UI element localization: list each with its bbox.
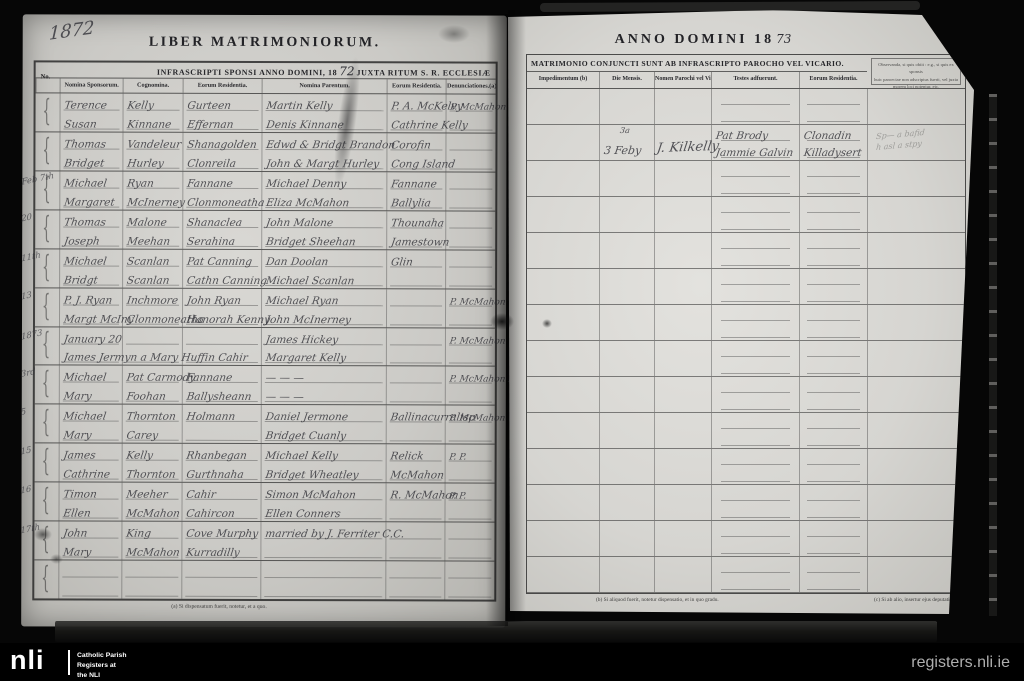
- entry-line: Michael: [60, 366, 123, 385]
- entry-line: [712, 269, 799, 287]
- writing-rule: [721, 176, 791, 177]
- entry-line: Cong Island: [387, 152, 446, 171]
- tagline-line: Catholic Parish: [77, 651, 126, 661]
- entry-line: R. McMahon: [386, 484, 445, 503]
- entry-line: Thornton: [123, 463, 182, 482]
- entry-line: James Jermyn a Mary Huffin Cahir: [60, 346, 123, 365]
- column-header-parochus: Nomen Parochi vel Vicarii.(c): [654, 72, 711, 88]
- marriage-entry-row: [527, 269, 965, 305]
- entry-text: Michael: [63, 372, 107, 384]
- residentia-cell: [799, 449, 867, 484]
- die-mensis-cell: 3a 3 Feby: [599, 125, 654, 160]
- writing-rule: [126, 343, 178, 344]
- writing-rule: [721, 428, 791, 429]
- parent-residentia-cell: R. McMahon: [385, 484, 445, 522]
- entry-line: [712, 215, 799, 233]
- parentum-cell: Michael Kelly Bridget Wheatley: [261, 444, 386, 482]
- no-cell: {: [35, 444, 59, 482]
- scanned-register-viewer: 1872 LIBER MATRIMONIORUM. INFRASCRIPTI S…: [0, 0, 1024, 681]
- testes-cell: [711, 269, 799, 304]
- writing-rule: [807, 356, 861, 357]
- entry-text: Gurthnaha: [185, 469, 244, 481]
- writing-rule: [807, 265, 861, 266]
- parochus-cell: [654, 449, 711, 484]
- impedimentum-cell: [527, 125, 599, 160]
- entry-brace-glyph: {: [42, 406, 50, 441]
- notes-cell: [867, 485, 965, 520]
- residentia-cell: [799, 557, 867, 592]
- entry-text: Ballylia: [390, 197, 431, 209]
- entry-line: Bridget Sheehan: [262, 230, 386, 249]
- tagline-line: Registers at: [77, 661, 126, 671]
- right-column-headers: Impedimentum (b) Die Mensis. Nomen Paroc…: [527, 72, 867, 88]
- register-left-page: 1872 LIBER MATRIMONIORUM. INFRASCRIPTI S…: [21, 14, 507, 627]
- entry-text: Foohan: [126, 391, 167, 403]
- entry-text: Scanlan: [126, 274, 170, 286]
- die-mensis-cell: [599, 161, 654, 196]
- entry-line: [712, 503, 799, 521]
- writing-rule: [721, 445, 791, 446]
- entry-line: P. J. Ryan: [60, 288, 123, 307]
- writing-rule: [807, 301, 861, 302]
- entry-line: [712, 179, 799, 197]
- writing-rule: [721, 320, 791, 321]
- entry-text: Kelly: [126, 450, 154, 462]
- writing-rule: [807, 320, 861, 321]
- title-handwritten-year: 73: [776, 32, 791, 46]
- writing-rule: [721, 373, 791, 374]
- entry-text: Ellen Conners: [265, 508, 342, 520]
- entry-text: Denis Kinnane: [266, 119, 345, 131]
- marriage-entry-row: [527, 449, 965, 485]
- entry-line: Kinnane: [124, 113, 183, 132]
- entry-line: Mary: [59, 541, 122, 560]
- entry-text: P. P.: [449, 453, 467, 463]
- entry-line: Bridgt: [60, 268, 123, 287]
- entry-line: [387, 289, 446, 308]
- sponsorum-cell: Michael Margaret: [59, 171, 123, 209]
- testes-cell: [711, 89, 799, 124]
- impedimentum-cell: [527, 305, 599, 340]
- entry-line: [800, 215, 867, 233]
- entry-line: [800, 449, 867, 467]
- impedimentum-cell: [527, 521, 599, 556]
- entry-line: Eliza McMahon: [262, 191, 386, 210]
- entry-line: [800, 467, 867, 485]
- entry-line: [800, 179, 867, 197]
- writing-rule: [389, 596, 441, 597]
- entry-line: [712, 305, 799, 323]
- testes-cell: [711, 449, 799, 484]
- entry-text: Michael Denny: [265, 178, 347, 190]
- entry-line: John & Margt Hurley: [262, 152, 386, 171]
- entry-line: [800, 251, 867, 269]
- residentia-cell: Gurteen Effernan: [182, 94, 261, 132]
- band-handwritten-year: 72: [339, 64, 354, 78]
- writing-rule: [807, 212, 861, 213]
- column-header-no: No.: [41, 73, 51, 80]
- writing-rule: [807, 500, 861, 501]
- entry-line: James Hickey: [262, 328, 386, 347]
- marriage-entry-row: 16 { Timon Ellen Meeher McMahon: [34, 482, 494, 522]
- entry-line: [182, 561, 260, 580]
- entry-line: [800, 359, 867, 377]
- entry-line: [800, 557, 867, 575]
- writing-rule: [807, 121, 861, 122]
- entry-line: King: [123, 522, 182, 541]
- die-mensis-cell: [599, 341, 654, 376]
- testes-cell: [711, 233, 799, 268]
- entry-text: James: [62, 450, 96, 462]
- entry-text: Cathn Canning: [186, 274, 268, 286]
- entry-line: Bridget Cuanly: [262, 424, 386, 443]
- writing-rule: [390, 344, 442, 345]
- no-cell: {: [35, 288, 59, 326]
- entry-line: [800, 341, 867, 359]
- impedimentum-cell: [527, 557, 599, 592]
- logo-divider: [68, 650, 70, 675]
- entry-line: McMahon: [387, 464, 446, 483]
- no-cell: {: [35, 210, 59, 248]
- cognomina-cell: Thornton Carey: [122, 405, 182, 443]
- right-register-table: MATRIMONIO CONJUNCTI SUNT AB INFRASCRIPT…: [526, 54, 966, 594]
- no-cell: {: [35, 132, 59, 170]
- entry-line: [712, 521, 799, 539]
- die-mensis-cell: [599, 521, 654, 556]
- entry-brace-glyph: {: [42, 368, 50, 403]
- entry-line: Cahir: [182, 483, 260, 502]
- parent-residentia-cell: Corofin Cong Island: [386, 133, 446, 171]
- entry-line: [712, 449, 799, 467]
- parent-residentia-cell: [386, 367, 446, 405]
- writing-rule: [807, 464, 861, 465]
- entry-line: [800, 89, 867, 107]
- entry-text: Margt McIny: [63, 313, 135, 325]
- entry-text: Cove Murphy: [185, 528, 259, 540]
- no-cell: {: [34, 560, 58, 598]
- marriage-entry-row: [527, 197, 965, 233]
- entry-line: Kurradilly: [182, 541, 260, 560]
- band-printed-text: INFRASCRIPTI SPONSI ANNO DOMINI, 18: [157, 68, 337, 77]
- entry-text: Mary: [62, 430, 92, 442]
- margin-date-note: 16: [20, 484, 31, 496]
- entry-line: [712, 107, 799, 125]
- entry-text: Mary: [62, 547, 92, 559]
- parochus-cell: J. Kilkelly: [654, 125, 711, 160]
- entry-line: Glin: [387, 250, 446, 269]
- entry-line: [712, 539, 799, 557]
- impedimentum-cell: [527, 485, 599, 520]
- writing-rule: [62, 577, 118, 578]
- entry-line: Timon: [59, 483, 122, 502]
- writing-rule: [186, 343, 258, 344]
- no-cell: {: [35, 93, 59, 131]
- writing-rule: [390, 441, 442, 442]
- entry-line: [712, 413, 799, 431]
- cognomina-cell: King McMahon: [122, 522, 182, 560]
- marriage-entry-row: 13 { P. J. Ryan Margt McIny Inchmore Clo…: [35, 287, 495, 327]
- residentia-cell: Shanaclea Serahina: [182, 211, 261, 249]
- entry-text: Margaret: [63, 196, 115, 208]
- entry-line: Terence: [60, 93, 123, 112]
- notes-cell: [867, 233, 965, 268]
- entry-text: John: [62, 528, 88, 540]
- cognomina-cell: [122, 561, 182, 599]
- entry-text: John & Margt Hurley: [265, 158, 380, 170]
- marriage-entry-row: [527, 377, 965, 413]
- writing-rule: [807, 392, 861, 393]
- marriage-entry-row: {: [34, 559, 494, 599]
- parochus-cell: [654, 161, 711, 196]
- pencil-note: h asl a stpy: [876, 139, 923, 152]
- entry-line: [261, 561, 385, 580]
- writing-rule: [721, 301, 791, 302]
- entry-text: — — —: [265, 391, 305, 403]
- writing-rule: [390, 363, 442, 364]
- marriage-entry-row: 3a 3 Feby J. Kilkelly Pat Brody Jammie G…: [527, 125, 965, 161]
- testes-cell: [711, 161, 799, 196]
- entry-text: married by J. Ferriter C.C.: [264, 528, 405, 540]
- entry-line: [712, 395, 799, 413]
- impedimentum-cell: [527, 413, 599, 448]
- column-header-impedimentum: Impedimentum (b): [527, 72, 599, 88]
- book-gutter-shadow-right: [508, 10, 526, 622]
- register-right-page: ANNO DOMINI 1873 MATRIMONIO CONJUNCTI SU…: [508, 10, 990, 620]
- entry-line: P. A. McKelvy: [387, 94, 446, 113]
- entry-line: Carey: [123, 424, 182, 443]
- entry-line: Thomas: [60, 132, 123, 151]
- testes-cell: [711, 485, 799, 520]
- entry-line: [712, 161, 799, 179]
- die-mensis-cell: [599, 233, 654, 268]
- observanda-note-box: Observanda, si quis obiit : e.g., si qui…: [871, 58, 961, 85]
- writing-rule: [62, 595, 118, 596]
- marriage-entry-row: [527, 413, 965, 449]
- margin-date-note: 5: [20, 407, 26, 418]
- entry-text: Kinnane: [127, 119, 173, 131]
- sponsorum-cell: [58, 561, 122, 599]
- entry-line: John Ryan: [183, 288, 261, 307]
- entry-line: [387, 308, 446, 327]
- writing-rule: [807, 229, 861, 230]
- entry-text: Corofin: [390, 139, 431, 151]
- entry-line: McMahon: [123, 502, 182, 521]
- sponsorum-cell: James Cathrine: [58, 444, 122, 482]
- residentia-cell: John Ryan Hanorah Kenny: [182, 288, 261, 326]
- entry-line: [800, 413, 867, 431]
- writing-rule: [390, 285, 442, 286]
- writing-rule: [264, 577, 382, 578]
- entry-line: John McInerney: [262, 308, 386, 327]
- entry-line: John: [59, 522, 122, 541]
- writing-rule: [721, 553, 791, 554]
- entry-text: Relick: [390, 451, 425, 463]
- entry-text: McMahon: [126, 547, 181, 559]
- entry-line: married by J. Ferriter C.C.: [261, 522, 385, 541]
- entry-line: [59, 579, 122, 598]
- column-header-residentia2: Eorum Residentia.: [387, 79, 447, 93]
- entry-line: Michael Scanlan: [262, 269, 386, 288]
- marriage-entry-row: 5 { Michael Mary Thornton Carey: [35, 404, 495, 444]
- left-table-rows: { Terence Susan Kelly Kinnane Gurteen: [34, 92, 495, 599]
- parochus-cell: [654, 89, 711, 124]
- cognomina-cell: Kelly Thornton: [122, 444, 182, 482]
- parentum-cell: John Malone Bridget Sheehan: [261, 211, 386, 249]
- entry-text: Michael Scanlan: [265, 275, 355, 287]
- entry-brace-glyph: {: [41, 484, 49, 519]
- marriage-entry-row: 20 { Thomas Joseph Malone Meehan: [35, 209, 495, 249]
- writing-rule: [807, 337, 861, 338]
- nli-tagline: Catholic Parish Registers at the NLI: [77, 651, 126, 681]
- margin-date-note: 20: [21, 212, 32, 224]
- writing-rule: [389, 577, 441, 578]
- entry-line: [800, 233, 867, 251]
- entry-line: [712, 251, 799, 269]
- parent-residentia-cell: Glin: [386, 250, 446, 288]
- die-mensis-cell: [599, 197, 654, 232]
- entry-text: Hurley: [127, 158, 165, 170]
- entry-line: Cathrine: [59, 463, 122, 482]
- sponsorum-cell: Timon Ellen: [58, 483, 122, 521]
- entry-line: Relick: [387, 445, 446, 464]
- entry-line: Vandeleur: [124, 133, 183, 152]
- entry-line: [800, 485, 867, 503]
- writing-rule: [721, 356, 791, 357]
- cognomina-cell: Pat Carmody Foohan: [122, 366, 182, 404]
- writing-rule: [721, 229, 791, 230]
- notes-cell: [867, 377, 965, 412]
- notes-cell: [867, 413, 965, 448]
- entry-line: Clonreila: [183, 152, 261, 171]
- entry-line: Clonmoneatha: [183, 191, 261, 210]
- column-header-spacer: [36, 78, 60, 92]
- column-header-cognomina: Cognomina.: [123, 79, 183, 93]
- cognomina-cell: Vandeleur Hurley: [123, 133, 183, 171]
- entry-line: Kelly: [123, 444, 182, 463]
- entry-line: Gurteen: [183, 94, 261, 113]
- entry-line: Malone: [123, 210, 182, 229]
- entry-line: McMahon: [123, 541, 182, 560]
- writing-rule: [721, 517, 791, 518]
- entry-line: [800, 377, 867, 395]
- residentia-cell: Rhanbegan Gurthnaha: [181, 444, 260, 482]
- entry-line: Scanlan: [123, 249, 182, 268]
- entry-text: Cahircon: [185, 508, 235, 520]
- residentia-cell: [799, 233, 867, 268]
- entry-line: [800, 575, 867, 593]
- entry-line: [712, 233, 799, 251]
- entry-text: Margaret Kelly: [265, 352, 347, 364]
- entry-text: Cathrine Kelly: [390, 119, 468, 131]
- writing-rule: [449, 578, 492, 579]
- entry-line: [182, 424, 260, 443]
- entry-line: Ballinacurralisp: [387, 406, 446, 425]
- entry-line: Hurley: [124, 152, 183, 171]
- parochus-cell: [654, 557, 711, 592]
- entry-line: Denis Kinnane: [263, 113, 387, 132]
- writing-rule: [807, 176, 861, 177]
- cognomina-cell: Malone Meehan: [122, 210, 182, 248]
- entry-line: [387, 347, 446, 366]
- entry-text: Bridgt: [63, 274, 98, 286]
- entry-text: Jammie Galvin: [715, 147, 794, 159]
- entry-line: Shanagolden: [183, 133, 261, 152]
- writing-rule: [185, 440, 257, 441]
- entry-text: Ellen: [62, 508, 91, 520]
- entry-line: [387, 269, 446, 288]
- entry-line: Gurthnaha: [182, 463, 260, 482]
- testes-cell: [711, 521, 799, 556]
- entry-line: [712, 287, 799, 305]
- entry-text: Bridget Wheatley: [265, 469, 360, 481]
- entry-line: Corofin: [387, 133, 446, 152]
- entry-line: [712, 89, 799, 107]
- entry-line: [712, 323, 799, 341]
- entry-line: Simon McMahon: [262, 483, 386, 502]
- notes-cell: [867, 521, 965, 556]
- parent-residentia-cell: Relick McMahon: [386, 445, 446, 483]
- notes-cell: [867, 89, 965, 124]
- writing-rule: [449, 558, 492, 559]
- testes-cell: [711, 341, 799, 376]
- die-mensis-cell: [599, 377, 654, 412]
- parochus-cell: [654, 269, 711, 304]
- entry-line: Bridget Wheatley: [262, 463, 386, 482]
- impedimentum-cell: [527, 341, 599, 376]
- entry-text: Meehan: [126, 235, 171, 247]
- observanda-line: Observanda, si quis obiit : e.g., si qui…: [872, 61, 960, 76]
- residentia-cell: [799, 521, 867, 556]
- entry-line: Foohan: [123, 385, 182, 404]
- parentum-cell: Michael Denny Eliza McMahon: [261, 172, 386, 210]
- page-top-edge: [540, 1, 920, 12]
- parentum-cell: Edwd & Bridgt Brandon John & Margt Hurle…: [261, 133, 386, 171]
- entry-line: [386, 503, 445, 522]
- left-column-headers: Nomina Sponsorum. Cognomina. Eorum Resid…: [36, 78, 496, 93]
- entry-text: Bridget: [63, 157, 105, 169]
- writing-rule: [807, 572, 861, 573]
- tagline-line: the NLI: [77, 671, 126, 681]
- entry-text: Michael: [63, 177, 107, 189]
- entry-text: Meeher: [126, 489, 169, 501]
- left-page-footnote: (a) Si dispensatum fuerit, notetur, et a…: [171, 604, 266, 610]
- writing-rule: [721, 337, 791, 338]
- residentia-cell: [181, 561, 260, 599]
- right-page-footnote-c: (c) Si ab alio, insertur ejus deputatio.: [874, 597, 954, 603]
- entry-line: [800, 287, 867, 305]
- sponsorum-cell: Michael Mary: [59, 366, 123, 404]
- parentum-cell: Martin Kelly Denis Kinnane: [262, 94, 387, 132]
- parochus-cell: [654, 197, 711, 232]
- entry-line: Rhanbegan: [182, 444, 260, 463]
- entry-line: Mary: [60, 385, 123, 404]
- entry-text: Pat Brody: [715, 130, 769, 142]
- entry-line: [712, 377, 799, 395]
- entry-line: [712, 359, 799, 377]
- residentia-cell: [799, 89, 867, 124]
- writing-rule: [807, 248, 861, 249]
- residentia-cell: [799, 269, 867, 304]
- entry-line: [387, 386, 446, 405]
- entry-text: Michael: [63, 255, 107, 267]
- writing-rule: [721, 409, 791, 410]
- entry-line: Cahircon: [182, 502, 260, 521]
- parochus-cell: [654, 485, 711, 520]
- entry-brace-glyph: {: [42, 251, 50, 286]
- entry-line: Thornton: [123, 405, 182, 424]
- entry-line: McInerney: [124, 190, 183, 209]
- column-header-parentum: Nomina Parentum.: [262, 79, 387, 93]
